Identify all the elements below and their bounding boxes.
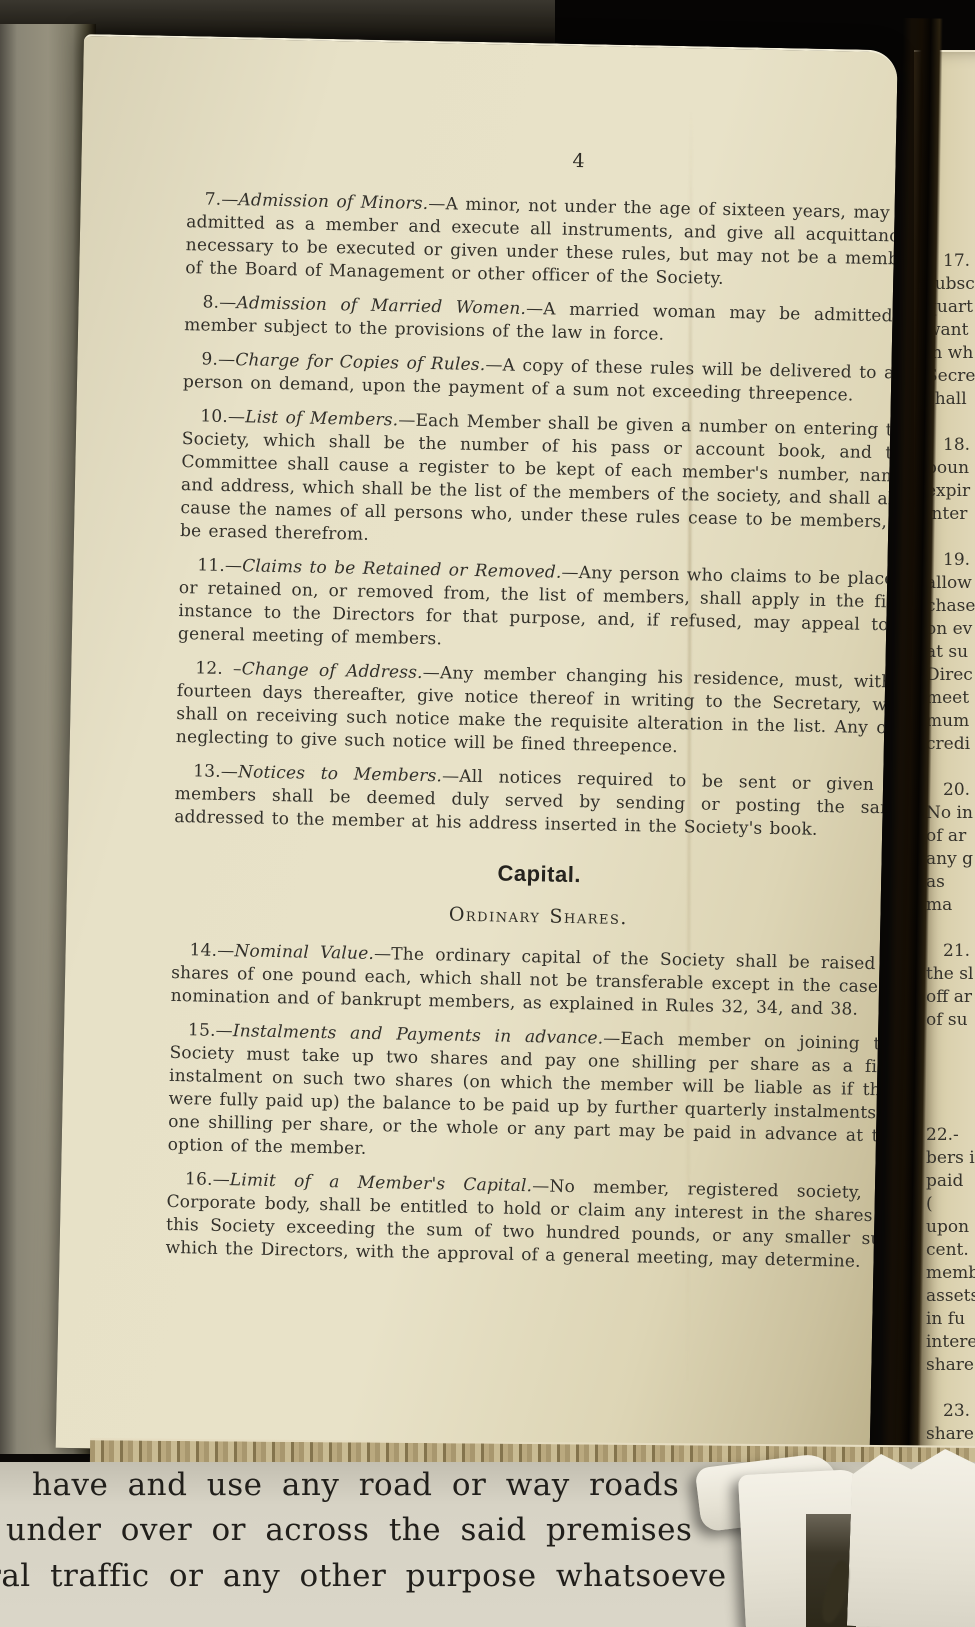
- rule-title: Charge for Copies of Rules.: [235, 350, 486, 375]
- rule-13: 13.—Notices to Members.—All notices requ…: [174, 760, 898, 844]
- rule-number: 11.—: [197, 555, 242, 576]
- section-heading-capital: Capital.: [173, 855, 898, 893]
- rule-title: Claims to be Retained or Removed.: [242, 556, 562, 582]
- rule-9: 9.—Charge for Copies of Rules.—A copy of…: [183, 348, 898, 409]
- rule-title: Limit of a Member's Capital.: [230, 1170, 533, 1196]
- rule-body: —Each member on joining the Society must…: [168, 1029, 898, 1159]
- rule-number: 13.—: [193, 761, 238, 782]
- paper-fragment: [847, 1446, 975, 1627]
- rule-8: 8.—Admission of Married Women.—A married…: [184, 291, 898, 352]
- rule-16: 16.—Limit of a Member's Capital.—No memb…: [165, 1168, 897, 1275]
- rule-number: 7.—: [205, 189, 239, 210]
- rule-12: 12. –Change of Address.—Any member chang…: [176, 657, 898, 764]
- page-number: 4: [221, 143, 897, 179]
- rule-title: Admission of Minors.: [238, 190, 428, 214]
- rule-number: 9.—: [201, 349, 235, 370]
- book-photograph: 17. subsc quart want in wh Secre shall 1…: [0, 0, 975, 1627]
- rule-number: 10.—: [200, 406, 245, 427]
- rule-number: 16.—: [185, 1169, 230, 1190]
- lower-page-line: have and use any road or way roads o: [32, 1466, 718, 1504]
- rule-number: 12. –: [195, 658, 242, 679]
- subsection-heading-ordinary-shares: Ordinary Shares.: [172, 898, 898, 936]
- rule-15: 15.—Instalments and Payments in advance.…: [167, 1019, 897, 1172]
- rule-title: Admission of Married Women.: [236, 293, 526, 319]
- rule-body: —Each Member shall be given a number on …: [180, 410, 898, 544]
- lower-page-line: under over or across the said premises: [6, 1511, 692, 1549]
- rule-7: 7.—Admission of Minors.—A minor, not und…: [185, 188, 898, 295]
- lower-page-line: ral traffic or any other purpose whatsoe…: [0, 1557, 727, 1595]
- rule-number: 8.—: [202, 292, 236, 313]
- rule-title: Notices to Members.: [238, 762, 442, 786]
- rule-title: Nominal Value.: [234, 941, 374, 964]
- rule-11: 11.—Claims to be Retained or Removed.—An…: [178, 554, 898, 661]
- rule-10: 10.—List of Members.—Each Member shall b…: [180, 405, 898, 558]
- rule-title: List of Members.: [245, 407, 399, 430]
- rule-14: 14.—Nominal Value.—The ordinary capital …: [170, 939, 897, 1023]
- rule-number: 15.—: [188, 1020, 233, 1041]
- page-text-block: 7.—Admission of Minors.—A minor, not und…: [165, 188, 898, 1285]
- rule-title: Change of Address.: [242, 659, 423, 683]
- rule-number: 14.—: [189, 940, 234, 961]
- book-page: 4 7.—Admission of Minors.—A minor, not u…: [56, 34, 898, 1464]
